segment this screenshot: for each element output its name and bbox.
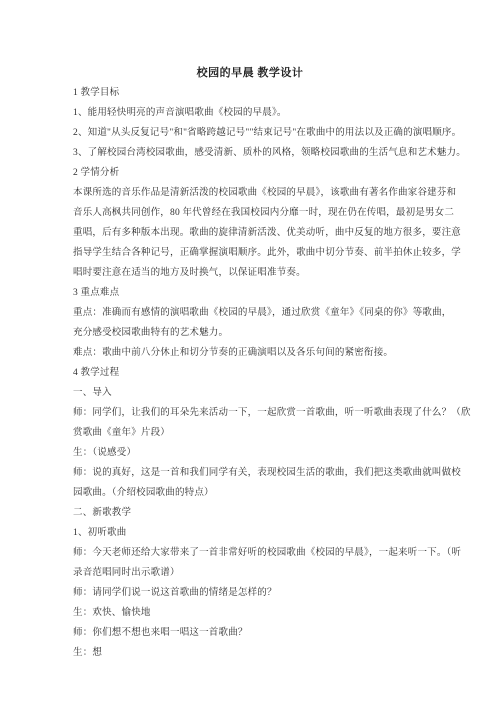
text-line: 唱时要注意在适当的地方及时换气，以保证唱准节奏。	[73, 263, 447, 283]
text-line: 师：请同学们说一说这首歌曲的情绪是怎样的？	[73, 583, 447, 603]
text-line: 3 重点难点	[73, 283, 447, 303]
document-title: 校园的早晨 教学设计	[0, 64, 500, 80]
text-line: 3、了解校园台湾校园歌曲，感受清新、质朴的风格，领略校园歌曲的生活气息和艺术魅力…	[73, 143, 447, 163]
text-line: 赏歌曲《童年》片段）	[73, 423, 447, 443]
text-line: 生：（说感受）	[73, 443, 447, 463]
text-line: 重点：准确而有感情的演唱歌曲《校园的早晨》，通过欣赏《童年》《同桌的你》等歌曲，	[73, 303, 447, 323]
text-line: 本课所选的音乐作品是清新活泼的校园歌曲《校园的早晨》，该歌曲有著名作曲家谷建芬和	[73, 183, 447, 203]
document-body: 1 教学目标1、能用轻快明亮的声音演唱歌曲《校园的早晨》。2、知道"从头反复记号…	[73, 83, 447, 663]
text-line: 1、能用轻快明亮的声音演唱歌曲《校园的早晨》。	[73, 103, 447, 123]
text-line: 音乐人高枫共同创作，80 年代曾经在我国校园内分靡一时，现在仍在传唱，最初是男女…	[73, 203, 447, 223]
text-line: 生：欢快、愉快地	[73, 603, 447, 623]
text-line: 一、导入	[73, 383, 447, 403]
text-line: 难点：歌曲中前八分休止和切分节奏的正确演唱以及各乐句间的紧密衔接。	[73, 343, 447, 363]
text-line: 师：同学们，让我们的耳朵先来活动一下，一起欣赏一首歌曲，听一听歌曲表现了什么？（…	[73, 403, 447, 423]
text-line: 园歌曲。（介绍校园歌曲的特点）	[73, 483, 447, 503]
text-line: 二、新歌教学	[73, 503, 447, 523]
text-line: 重唱，后有多种版本出现。歌曲的旋律清新活泼、优美动听，曲中反复的地方很多，要注意	[73, 223, 447, 243]
text-line: 1、初听歌曲	[73, 523, 447, 543]
text-line: 师：说的真好，这是一首和我们同学有关，表现校园生活的歌曲，我们把这类歌曲就叫做校	[73, 463, 447, 483]
document-page: 校园的早晨 教学设计 1 教学目标1、能用轻快明亮的声音演唱歌曲《校园的早晨》。…	[0, 0, 500, 707]
text-line: 4 教学过程	[73, 363, 447, 383]
text-line: 2、知道"从头反复记号"和"省略跨越记号""结束记号"在歌曲中的用法以及正确的演…	[73, 123, 447, 143]
text-line: 录音范唱同时出示歌谱）	[73, 563, 447, 583]
text-line: 2 学情分析	[73, 163, 447, 183]
text-line: 1 教学目标	[73, 83, 447, 103]
text-line: 师：你们想不想也来唱一唱这一首歌曲？	[73, 623, 447, 643]
text-line: 生：想	[73, 643, 447, 663]
text-line: 指导学生结合各种记号，正确掌握演唱顺序。此外，歌曲中切分节奏、前半拍休止较多，学	[73, 243, 447, 263]
text-line: 师：今天老师还给大家带来了一首非常好听的校园歌曲《校园的早晨》，一起来听一下。（…	[73, 543, 447, 563]
text-line: 充分感受校园歌曲特有的艺术魅力。	[73, 323, 447, 343]
